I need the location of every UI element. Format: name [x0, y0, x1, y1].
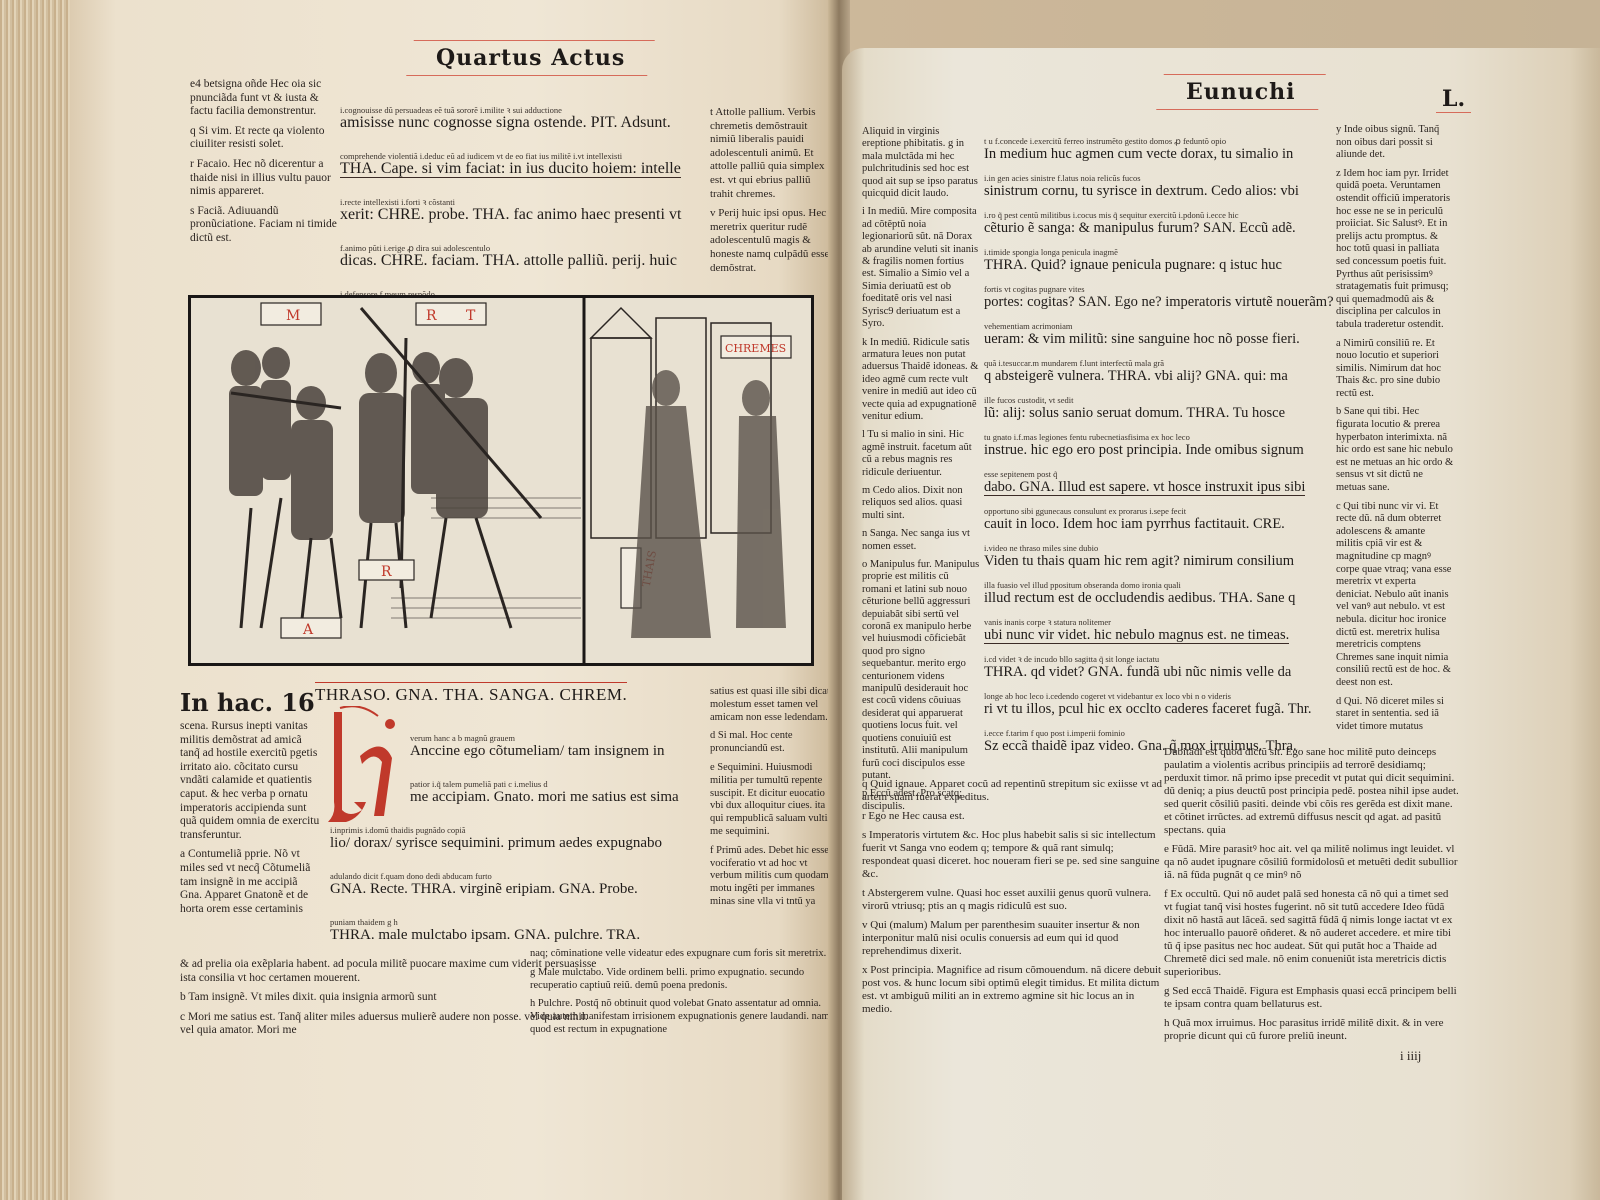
running-head-text: Eunuchi [1186, 79, 1296, 105]
interlinear-gloss: tu gnato i.f.mas legiones fentu rubecnet… [984, 427, 1190, 447]
verse-line: fortis vt cogitas pugnare vitesportes: c… [984, 292, 1334, 312]
interlinear-gloss: i.video ne thraso miles sine dubio [984, 538, 1098, 558]
interlinear-gloss: i.timide spongia longa penicula inagmẽ [984, 242, 1118, 262]
commentary-note: t Attolle pallium. Verbis chremetis demõ… [710, 106, 830, 201]
running-head-left: Quartus Actus [406, 40, 655, 76]
verse-line: i.recte intellexisti i.forti ꝛ cõstantix… [340, 204, 710, 226]
interlinear-gloss: vehementiam acrimoniam [984, 316, 1073, 336]
commentary-note: d Si mal. Hoc cente pronunciandũ est. [710, 730, 835, 756]
interlinear-gloss: patior i.q̃ talem pumeliã pati c i.meliu… [410, 773, 548, 795]
commentary-note: v Qui (malum) Malum per parenthesim suau… [862, 919, 1162, 958]
verse-line: t u f.concede i.exercitũ ferreo instrumẽ… [984, 144, 1334, 164]
right-right-commentary: y Inde oibus signũ. Tanq̃ non oibus dari… [1336, 124, 1454, 739]
scene-number: In hac. 16 [180, 688, 315, 717]
verse-line: tu gnato i.f.mas legiones fentu rubecnet… [984, 440, 1334, 460]
commentary-note: k In mediũ. Ridicule satis armatura leue… [862, 337, 980, 424]
interlinear-gloss: esse sepitenem post q̃ [984, 464, 1057, 484]
svg-text:CHREMES: CHREMES [725, 342, 786, 355]
svg-text:T: T [466, 308, 476, 324]
commentary-note: r Ego ne Hec causa est. [862, 810, 1162, 823]
commentary-note: naq; cõminatione velle videatur edes exp… [530, 948, 830, 961]
running-head-right: Eunuchi [1156, 74, 1325, 110]
right-bottom-commentary-left: q Quid ignaue. Apparet cocũ ad repentinũ… [862, 778, 1162, 1022]
verse-line: illa fuasio vel illud ppositum obseranda… [984, 588, 1334, 608]
commentary-note: Aliquid in virginis ereptione phibitatis… [862, 126, 980, 200]
interlinear-gloss: i.ro q̃ pest centũ militibus i.cocus mis… [984, 205, 1238, 225]
interlinear-gloss: adulando dicit f.quam dono dedi abducam … [330, 865, 492, 887]
commentary-note: g Sed eccã Thaidẽ. Figura est Emphasis q… [1164, 985, 1459, 1011]
commentary-note: o Manipulus fur. Manipulus proprie est m… [862, 559, 980, 782]
interlinear-gloss: vanis inanis corpe ꝛ statura nolitemer [984, 612, 1111, 632]
commentary-note: g Male mulctabo. Vide ordinem belli. pri… [530, 967, 830, 993]
interlinear-gloss: i.in gen acies sinistre f.latus noia rel… [984, 168, 1141, 188]
interlinear-gloss: ille fucos custodit, vt sedit [984, 390, 1073, 410]
interlinear-gloss: longe ab hoc leco i.cedendo cogeret vt v… [984, 686, 1231, 706]
verse-line: comprehende violentiã i.deduc eũ ad iudi… [340, 158, 710, 180]
verse-line: esse sepitenem post q̃dabo. GNA. Illud e… [984, 477, 1334, 497]
commentary-note: Dubitãdi est quod dictũ sit. Ego sane ho… [1164, 746, 1459, 837]
top-left-commentary: e4 betsigna oñde Hec oia sic pnunciãda f… [190, 78, 340, 252]
svg-text:R: R [381, 564, 392, 580]
verse-line: opportuno sibi ggunecaus consulunt ex pr… [984, 514, 1334, 534]
interlinear-gloss: opportuno sibi ggunecaus consulunt ex pr… [984, 501, 1186, 521]
svg-text:R: R [426, 308, 437, 324]
commentary-note: f Ex occultũ. Qui nõ audet palã sed hone… [1164, 888, 1459, 979]
folio-number: L. [1436, 86, 1471, 113]
commentary-note: y Inde oibus signũ. Tanq̃ non oibus dari… [1336, 124, 1454, 162]
interlinear-gloss: t u f.concede i.exercitũ ferreo instrumẽ… [984, 131, 1226, 151]
verse-line: i.video ne thraso miles sine dubioViden … [984, 551, 1334, 571]
commentary-note: s Imperatoris virtutem &c. Hoc plus habe… [862, 829, 1162, 881]
commentary-note: a Nimirũ consiliũ re. Et nouo locutio et… [1336, 338, 1454, 401]
interlinear-gloss: i.ecce f.tarim f quo post i.imperii fomi… [984, 723, 1125, 743]
verse-line: i.in gen acies sinistre f.latus noia rel… [984, 181, 1334, 201]
verse-line: i.cognouisse dũ persuadeas eẽ tuã sororẽ… [340, 112, 710, 134]
commentary-note: n Sanga. Nec sanga ius vt nomen esset. [862, 528, 980, 553]
commentary-note: e4 betsigna oñde Hec oia sic pnunciãda f… [190, 78, 340, 119]
verse-line: ille fucos custodit, vt seditlũ: alij: s… [984, 403, 1334, 423]
interlinear-gloss: i.cd videt ꝛ de incudo bllo sagitta q̃ s… [984, 649, 1159, 669]
commentary-note: i In mediũ. Mire composita ad cõtẽptũ no… [862, 206, 980, 330]
interlinear-gloss: fortis vt cogitas pugnare vites [984, 279, 1085, 299]
commentary-note: e Fũdã. Mire parasitꝰ hoc ait. vel qa mi… [1164, 843, 1459, 882]
interlinear-gloss: verum hanc a b magnũ grauem [410, 727, 515, 749]
verse-line: vanis inanis corpe ꝛ statura nolitemerub… [984, 625, 1334, 645]
interlinear-gloss: i.recte intellexisti i.forti ꝛ cõstanti [340, 191, 455, 213]
interlinear-gloss: illa fuasio vel illud ppositum obseranda… [984, 575, 1181, 595]
commentary-note: m Cedo alios. Dixit non reliquos sed ali… [862, 485, 980, 522]
top-right-commentary: t Attolle pallium. Verbis chremetis demõ… [710, 106, 830, 281]
scene-left-commentary: scena. Rursus inepti vanitas militis dem… [180, 720, 320, 922]
svg-text:A: A [302, 622, 314, 638]
woodcut-illustration: MRT CHREMESRA THAIS [188, 295, 814, 666]
right-verse-block: t u f.concede i.exercitũ ferreo instrumẽ… [984, 144, 1334, 773]
commentary-note: q Si vim. Et recte qa violento ciuiliter… [190, 125, 340, 152]
commentary-note: l Tu si malio in sini. Hic agmẽ instruit… [862, 429, 980, 479]
scene-summary: scena. Rursus inepti vanitas militis dem… [180, 720, 320, 842]
commentary-note: a Contumeliã pprie. Nõ vt miles sed vt n… [180, 848, 320, 916]
commentary-note: e Sequimini. Huiusmodi militia per tumul… [710, 762, 835, 839]
verse-line: quã i.tesuccar.m mundarem f.lunt interfe… [984, 366, 1334, 386]
commentary-note: q Quid ignaue. Apparet cocũ ad repentinũ… [862, 778, 1162, 804]
commentary-note: satius est quasi ille sibi dicat molestu… [710, 686, 835, 724]
interlinear-gloss: f.animo pũti i.erige ꝓ dira sui adolesce… [340, 237, 490, 259]
commentary-note: b Sane qui tibi. Hec figurata locutio & … [1336, 406, 1454, 494]
interlinear-gloss: comprehende violentiã i.deduc eũ ad iudi… [340, 145, 622, 167]
page-edges-left [0, 0, 70, 1200]
verse-line: i.cd videt ꝛ de incudo bllo sagitta q̃ s… [984, 662, 1334, 682]
interlinear-gloss: quã i.tesuccar.m mundarem f.lunt interfe… [984, 353, 1164, 373]
right-bottom-commentary-right: Dubitãdi est quod dictũ sit. Ego sane ho… [1164, 746, 1459, 1049]
commentary-note: c Qui tibi nunc vir vi. Et recte dũ. nã … [1336, 501, 1454, 690]
commentary-note: r Facaio. Hec nõ dicerentur a thaide nis… [190, 158, 340, 199]
verse-line: f.animo pũti i.erige ꝓ dira sui adolesce… [340, 250, 710, 272]
verse-line: vehementiam acrimoniamueram: & vim milit… [984, 329, 1334, 349]
scene-right-commentary: satius est quasi ille sibi dicat molestu… [710, 686, 835, 915]
commentary-note: d Qui. Nõ diceret miles si staret in sen… [1336, 696, 1454, 734]
commentary-note: x Post principia. Magnifice ad risum cõm… [862, 964, 1162, 1016]
verse-line: i.ro q̃ pest centũ militibus i.cocus mis… [984, 218, 1334, 238]
scene-right-commentary-cont: naq; cõminatione velle videatur edes exp… [530, 948, 830, 1043]
commentary-note: z Idem hoc iam pyr. Irridet quidã poeta.… [1336, 168, 1454, 332]
right-left-commentary: Aliquid in virginis ereptione phibitatis… [862, 126, 980, 819]
woodcut-scene-icon: MRT CHREMESRA THAIS [191, 298, 811, 663]
verse-line: longe ab hoc leco i.cedendo cogeret vt v… [984, 699, 1334, 719]
commentary-note: s Faciã. Adiuuandũ pronũciatione. Faciam… [190, 205, 340, 246]
interlinear-gloss: puniam thaidem g h [330, 911, 398, 933]
verse-line: puniam thaidem g hTHRA. male mulctabo ip… [330, 924, 780, 946]
interlinear-gloss: i.cognouisse dũ persuadeas eẽ tuã sororẽ… [340, 99, 562, 121]
commentary-note: f Primũ ades. Debet hic esse vociferatio… [710, 845, 835, 909]
scene-heading: THRASO. GNA. THA. SANGA. CHREM. [315, 682, 627, 705]
commentary-note: h Pulchre. Postq̃ nõ obtinuit quod voleb… [530, 998, 830, 1036]
running-head-text: Quartus Actus [436, 45, 625, 71]
commentary-note: v Perij huic ipsi opus. Hec meretrix que… [710, 207, 830, 275]
commentary-note: t Abstergerem vulne. Quasi hoc esset aux… [862, 887, 1162, 913]
svg-text:M: M [286, 308, 300, 324]
verse-line: i.timide spongia longa penicula inagmẽTH… [984, 255, 1334, 275]
commentary-note: h Quã mox irruimus. Hoc parasitus irridẽ… [1164, 1017, 1459, 1043]
decorated-initial-h-icon [320, 706, 404, 826]
right-page: Eunuchi L. Aliquid in virginis ereptione… [842, 48, 1600, 1200]
signature-mark: i iiij [1400, 1048, 1421, 1064]
